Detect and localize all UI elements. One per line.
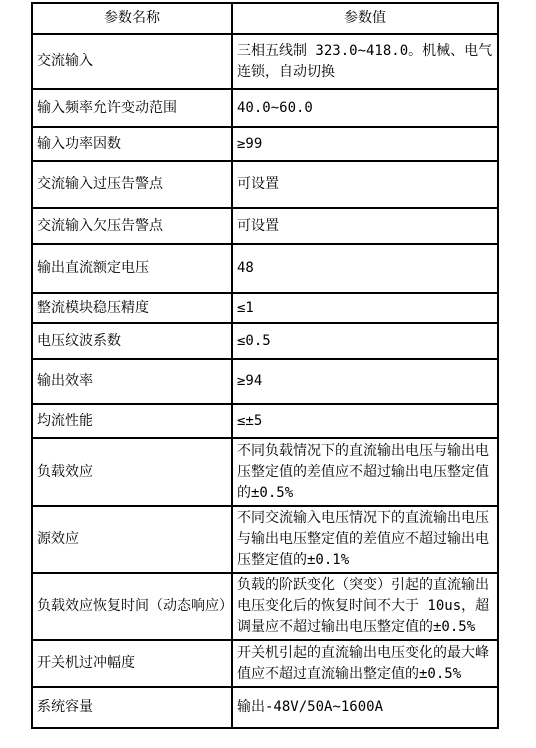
- document-page: 参数名称 参数值 交流输入 三相五线制 323.0~418.0。机械、电气连锁，…: [0, 0, 536, 748]
- table-row: 输出直流额定电压 48: [32, 244, 498, 293]
- table-row: 输入功率因数 ≥99: [32, 127, 498, 161]
- param-name: 负载效应恢复时间（动态响应）: [32, 573, 232, 640]
- param-value: ≥94: [232, 359, 498, 404]
- param-value: 三相五线制 323.0~418.0。机械、电气连锁，自动切换: [232, 34, 498, 89]
- table-row: 输出效率 ≥94: [32, 359, 498, 404]
- table-row: 交流输入过压告警点 可设置: [32, 161, 498, 208]
- param-name: 交流输入: [32, 34, 232, 89]
- table-row: 整流模块稳压精度 ≤1: [32, 293, 498, 323]
- param-value: 不同负载情况下的直流输出电压与输出电压整定值的差值应不超过输出电压整定值的±0.…: [232, 438, 498, 506]
- param-name: 输出效率: [32, 359, 232, 404]
- param-name: 交流输入过压告警点: [32, 161, 232, 208]
- param-value: ≤±5: [232, 404, 498, 438]
- param-name: 负载效应: [32, 438, 232, 506]
- param-value: ≤1: [232, 293, 498, 323]
- param-value: 48: [232, 244, 498, 293]
- param-value: 开关机引起的直流输出电压变化的最大峰值应不超过直流输出整定值的±0.5%: [232, 640, 498, 687]
- param-name: 交流输入欠压告警点: [32, 208, 232, 244]
- table-row: 交流输入欠压告警点 可设置: [32, 208, 498, 244]
- param-value: 输出-48V/50A~1600A: [232, 687, 498, 728]
- table-row: 负载效应恢复时间（动态响应） 负载的阶跃变化（突变）引起的直流输出电压变化后的恢…: [32, 573, 498, 640]
- table-row: 交流输入 三相五线制 323.0~418.0。机械、电气连锁，自动切换: [32, 34, 498, 89]
- param-name: 电压纹波系数: [32, 323, 232, 359]
- header-row: 参数名称 参数值: [32, 3, 498, 34]
- param-value: 40.0~60.0: [232, 89, 498, 127]
- param-name: 均流性能: [32, 404, 232, 438]
- table-row: 开关机过冲幅度 开关机引起的直流输出电压变化的最大峰值应不超过直流输出整定值的±…: [32, 640, 498, 687]
- param-value: ≤0.5: [232, 323, 498, 359]
- table-row: 系统容量 输出-48V/50A~1600A: [32, 687, 498, 728]
- table-row: 源效应 不同交流输入电压情况下的直流输出电压与输出电压整定值的差值应不超过输出电…: [32, 506, 498, 573]
- table-row: 电压纹波系数 ≤0.5: [32, 323, 498, 359]
- param-name: 整流模块稳压精度: [32, 293, 232, 323]
- param-name: 源效应: [32, 506, 232, 573]
- table-row: 输入频率允许变动范围 40.0~60.0: [32, 89, 498, 127]
- param-name: 输入频率允许变动范围: [32, 89, 232, 127]
- table-row: 负载效应 不同负载情况下的直流输出电压与输出电压整定值的差值应不超过输出电压整定…: [32, 438, 498, 506]
- param-value: 可设置: [232, 161, 498, 208]
- header-param-value: 参数值: [232, 3, 498, 34]
- param-value: 负载的阶跃变化（突变）引起的直流输出电压变化后的恢复时间不大于 10us，超调量…: [232, 573, 498, 640]
- param-name: 输入功率因数: [32, 127, 232, 161]
- header-param-name: 参数名称: [32, 3, 232, 34]
- param-name: 开关机过冲幅度: [32, 640, 232, 687]
- param-value: 不同交流输入电压情况下的直流输出电压与输出电压整定值的差值应不超过输出电压整定值…: [232, 506, 498, 573]
- param-name: 系统容量: [32, 687, 232, 728]
- param-name: 输出直流额定电压: [32, 244, 232, 293]
- parameter-table: 参数名称 参数值 交流输入 三相五线制 323.0~418.0。机械、电气连锁，…: [31, 2, 499, 729]
- param-value: 可设置: [232, 208, 498, 244]
- param-value: ≥99: [232, 127, 498, 161]
- table-row: 均流性能 ≤±5: [32, 404, 498, 438]
